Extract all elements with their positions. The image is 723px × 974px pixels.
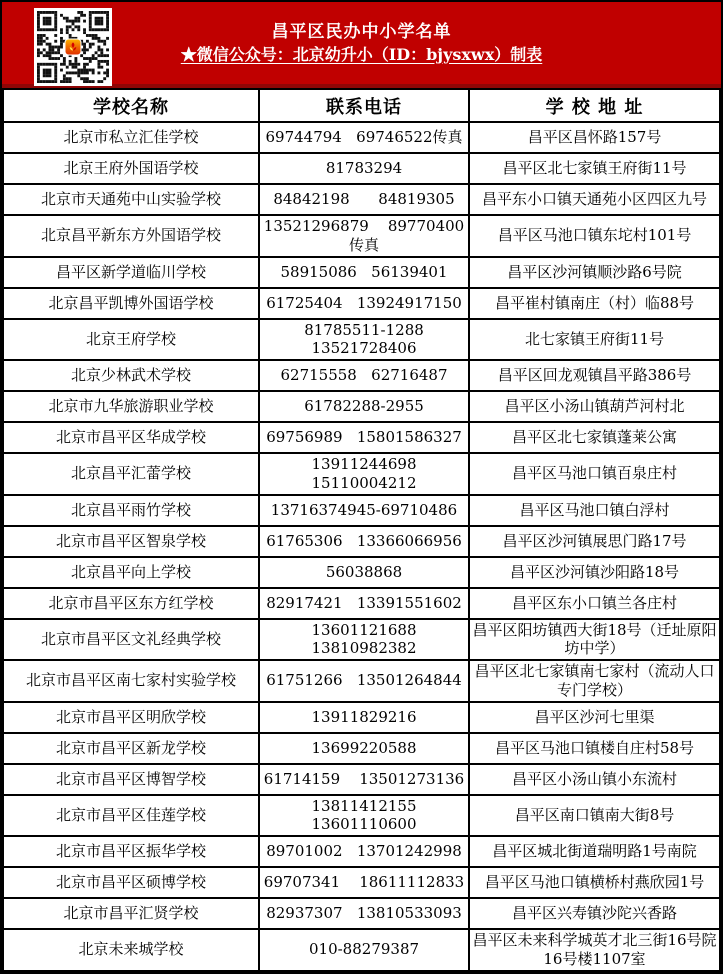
school-phone-cell: 13911829216	[259, 702, 469, 733]
column-header-contact-phone: 联系电话	[259, 89, 469, 122]
school-phone-cell: 61714159 13501273136	[259, 764, 469, 795]
school-address-cell: 北七家镇王府街11号	[469, 319, 720, 361]
table-row: 北京市昌平区硕博学校 69707341 18611112833 昌平区马池口镇横…	[3, 867, 720, 898]
table-row: 昌平区新学道临川学校 58915086 56139401 昌平区沙河镇顺沙路6号…	[3, 257, 720, 288]
school-address-cell: 昌平区马池口镇楼自庄村58号	[469, 733, 720, 764]
page-title: 昌平区民办中小学名单	[272, 21, 452, 44]
school-name-cell: 北京市昌平区新龙学校	[3, 733, 259, 764]
table-row: 北京昌平凯博外国语学校 61725404 13924917150 昌平崔村镇南庄…	[3, 288, 720, 319]
school-address-cell: 昌平区沙河镇展思门路17号	[469, 526, 720, 557]
school-address-cell: 昌平区小汤山镇葫芦河村北	[469, 391, 720, 422]
school-name-cell: 北京昌平凯博外国语学校	[3, 288, 259, 319]
school-phone-cell: 13716374945-69710486	[259, 495, 469, 526]
school-phone-cell: 13521296879 89770400传真	[259, 215, 469, 257]
table-row: 北京市昌平区振华学校 89701002 13701242998 昌平区城北街道瑞…	[3, 836, 720, 867]
school-address-cell: 昌平区东小口镇兰各庄村	[469, 588, 720, 619]
school-name-cell: 北京市昌平区华成学校	[3, 422, 259, 453]
school-address-cell: 昌平区南口镇南大街8号	[469, 795, 720, 837]
table-row: 北京市昌平区新龙学校 13699220588 昌平区马池口镇楼自庄村58号	[3, 733, 720, 764]
school-name-cell: 北京市昌平区南七家村实验学校	[3, 660, 259, 702]
school-phone-cell: 82937307 13810533093	[259, 898, 469, 929]
table-row: 北京昌平新东方外国语学校 13521296879 89770400传真 昌平区马…	[3, 215, 720, 257]
table-row: 北京未来城学校 010-88279387 昌平区未来科学城英才北三街16号院16…	[3, 929, 720, 971]
table-row: 北京王府学校 81785511-1288 13521728406 北七家镇王府街…	[3, 319, 720, 361]
table-row: 北京少林武术学校 62715558 62716487 昌平区回龙观镇昌平路386…	[3, 360, 720, 391]
school-phone-cell: 61782288-2955	[259, 391, 469, 422]
school-phone-cell: 69756989 15801586327	[259, 422, 469, 453]
school-name-cell: 北京昌平向上学校	[3, 557, 259, 588]
school-phone-cell: 84842198 84819305	[259, 184, 469, 215]
table-row: 北京市昌平区华成学校 69756989 15801586327 昌平区北七家镇蓬…	[3, 422, 720, 453]
school-phone-cell: 69744794 69746522传真	[259, 122, 469, 153]
school-name-cell: 北京昌平新东方外国语学校	[3, 215, 259, 257]
school-phone-cell: 82917421 13391551602	[259, 588, 469, 619]
school-name-cell: 北京市昌平汇贤学校	[3, 898, 259, 929]
table-row: 北京市天通苑中山实验学校 84842198 84819305 昌平东小口镇天通苑…	[3, 184, 720, 215]
school-address-cell: 昌平东小口镇天通苑小区四区九号	[469, 184, 720, 215]
school-address-cell: 昌平区北七家镇南七家村（流动人口专门学校）	[469, 660, 720, 702]
school-phone-cell: 61725404 13924917150	[259, 288, 469, 319]
school-address-cell: 昌平区北七家镇王府街11号	[469, 153, 720, 184]
school-name-cell: 北京市昌平区文礼经典学校	[3, 619, 259, 661]
table-row: 北京市九华旅游职业学校 61782288-2955 昌平区小汤山镇葫芦河村北	[3, 391, 720, 422]
school-name-cell: 北京未来城学校	[3, 929, 259, 971]
school-address-cell: 昌平区北七家镇蓬莱公寓	[469, 422, 720, 453]
table-row: 北京昌平汇蕾学校 13911244698 15110004212 昌平区马池口镇…	[3, 453, 720, 495]
table-row: 北京昌平雨竹学校 13716374945-69710486 昌平区马池口镇白浮村	[3, 495, 720, 526]
school-name-cell: 北京少林武术学校	[3, 360, 259, 391]
table-row: 北京市昌平区明欣学校 13911829216 昌平区沙河七里渠	[3, 702, 720, 733]
school-name-cell: 北京市昌平区东方红学校	[3, 588, 259, 619]
table-header-row: 学校名称 联系电话 学 校 地 址	[3, 89, 720, 122]
school-phone-cell: 61765306 13366066956	[259, 526, 469, 557]
school-phone-cell: 69707341 18611112833	[259, 867, 469, 898]
school-address-cell: 昌平区阳坊镇西大街18号（迁址原阳坊中学）	[469, 619, 720, 661]
table-row: 北京市昌平区博智学校 61714159 13501273136 昌平区小汤山镇小…	[3, 764, 720, 795]
school-phone-cell: 13811412155 13601110600	[259, 795, 469, 837]
school-address-cell: 昌平区沙河七里渠	[469, 702, 720, 733]
table-row: 北京市私立汇佳学校 69744794 69746522传真 昌平区昌怀路157号	[3, 122, 720, 153]
table-row: 北京市昌平区南七家村实验学校 61751266 13501264844 昌平区北…	[3, 660, 720, 702]
school-table: 学校名称 联系电话 学 校 地 址 北京市私立汇佳学校 69744794 697…	[2, 88, 721, 972]
school-address-cell: 昌平区马池口镇横桥村燕欣园1号	[469, 867, 720, 898]
school-name-cell: 北京昌平雨竹学校	[3, 495, 259, 526]
column-header-school-address: 学 校 地 址	[469, 89, 720, 122]
school-address-cell: 昌平区兴寿镇沙陀兴香路	[469, 898, 720, 929]
school-address-cell: 昌平区马池口镇白浮村	[469, 495, 720, 526]
banner: 昌平区民办中小学名单 ★微信公众号：北京幼升小（ID：bjysxwx）制表	[2, 2, 721, 88]
school-phone-cell: 89701002 13701242998	[259, 836, 469, 867]
school-address-cell: 昌平区城北街道瑞明路1号南院	[469, 836, 720, 867]
school-phone-cell: 010-88279387	[259, 929, 469, 971]
school-name-cell: 北京市天通苑中山实验学校	[3, 184, 259, 215]
school-address-cell: 昌平区未来科学城英才北三街16号院16号楼1107室	[469, 929, 720, 971]
school-phone-cell: 13601121688 13810982382	[259, 619, 469, 661]
school-name-cell: 北京王府外国语学校	[3, 153, 259, 184]
school-phone-cell: 81783294	[259, 153, 469, 184]
school-address-cell: 昌平区小汤山镇小东流村	[469, 764, 720, 795]
table-row: 北京市昌平汇贤学校 82937307 13810533093 昌平区兴寿镇沙陀兴…	[3, 898, 720, 929]
school-list-document: 昌平区民办中小学名单 ★微信公众号：北京幼升小（ID：bjysxwx）制表 学校…	[0, 0, 723, 974]
table-row: 北京市昌平区文礼经典学校 13601121688 13810982382 昌平区…	[3, 619, 720, 661]
school-name-cell: 北京市昌平区佳莲学校	[3, 795, 259, 837]
school-address-cell: 昌平区马池口镇东坨村101号	[469, 215, 720, 257]
school-address-cell: 昌平区昌怀路157号	[469, 122, 720, 153]
table-row: 北京市昌平区智泉学校 61765306 13366066956 昌平区沙河镇展思…	[3, 526, 720, 557]
school-name-cell: 北京王府学校	[3, 319, 259, 361]
school-phone-cell: 62715558 62716487	[259, 360, 469, 391]
school-name-cell: 北京市昌平区智泉学校	[3, 526, 259, 557]
school-name-cell: 北京市私立汇佳学校	[3, 122, 259, 153]
school-address-cell: 昌平区马池口镇百泉庄村	[469, 453, 720, 495]
table-row: 北京市昌平区东方红学校 82917421 13391551602 昌平区东小口镇…	[3, 588, 720, 619]
column-header-school-name: 学校名称	[3, 89, 259, 122]
school-name-cell: 北京市昌平区明欣学校	[3, 702, 259, 733]
wechat-account-logo-icon	[65, 39, 82, 56]
table-row: 北京昌平向上学校 56038868 昌平区沙河镇沙阳路18号	[3, 557, 720, 588]
school-name-cell: 北京市昌平区振华学校	[3, 836, 259, 867]
school-phone-cell: 13911244698 15110004212	[259, 453, 469, 495]
school-phone-cell: 58915086 56139401	[259, 257, 469, 288]
school-name-cell: 北京昌平汇蕾学校	[3, 453, 259, 495]
school-phone-cell: 61751266 13501264844	[259, 660, 469, 702]
school-name-cell: 北京市昌平区博智学校	[3, 764, 259, 795]
school-name-cell: 北京市昌平区硕博学校	[3, 867, 259, 898]
school-phone-cell: 81785511-1288 13521728406	[259, 319, 469, 361]
wechat-qr-code	[34, 8, 112, 86]
school-phone-cell: 56038868	[259, 557, 469, 588]
school-address-cell: 昌平区沙河镇顺沙路6号院	[469, 257, 720, 288]
school-name-cell: 昌平区新学道临川学校	[3, 257, 259, 288]
table-row: 北京王府外国语学校 81783294 昌平区北七家镇王府街11号	[3, 153, 720, 184]
table-row: 北京市昌平区佳莲学校 13811412155 13601110600 昌平区南口…	[3, 795, 720, 837]
school-phone-cell: 13699220588	[259, 733, 469, 764]
school-address-cell: 昌平崔村镇南庄（村）临88号	[469, 288, 720, 319]
school-address-cell: 昌平区回龙观镇昌平路386号	[469, 360, 720, 391]
school-name-cell: 北京市九华旅游职业学校	[3, 391, 259, 422]
wechat-credit-line: ★微信公众号：北京幼升小（ID：bjysxwx）制表	[181, 44, 543, 66]
school-address-cell: 昌平区沙河镇沙阳路18号	[469, 557, 720, 588]
